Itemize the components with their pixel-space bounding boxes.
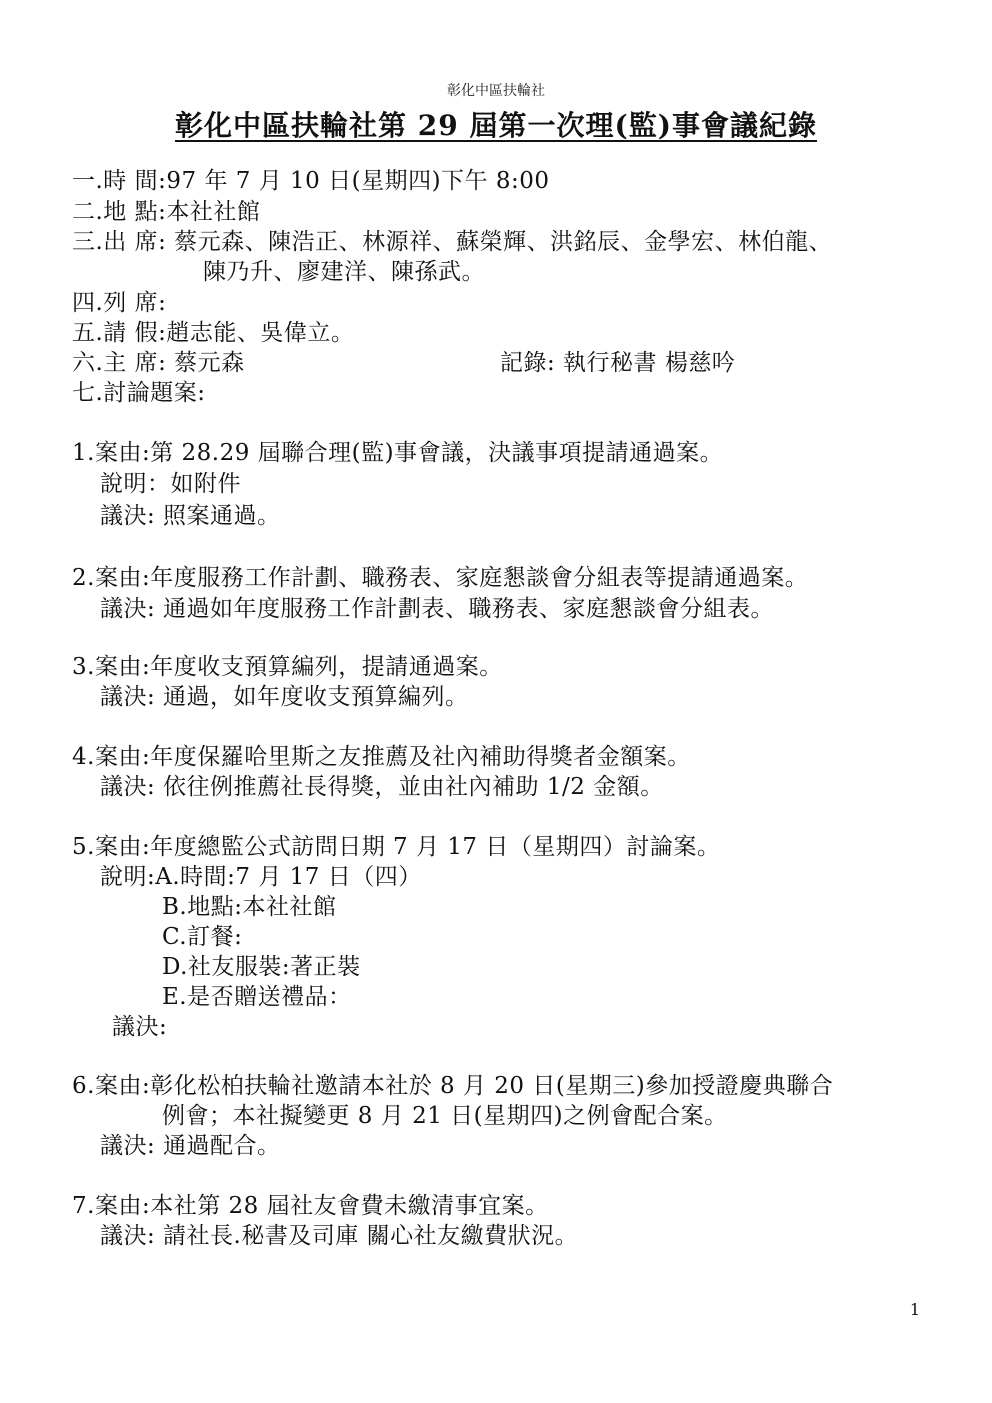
attendees-line-2: 陳乃升、廖建洋、陳孫武。 [203,257,485,287]
proposal-2-resolution: 議決: 通過如年度服務工作計劃表、職務表、家庭懇談會分組表。 [100,594,774,624]
proposal-5-reason: 5.案由:年度總監公式訪問日期 7 月 17 日（星期四）討論案。 [72,832,720,862]
proposal-7-resolution: 議決: 請社長.秘書及司庫 關心社友繳費狀況。 [100,1221,578,1251]
proposal-3-resolution: 議決: 通過，如年度收支預算編列。 [100,682,469,712]
proposal-1-resolution: 議決: 照案通過。 [100,501,281,531]
proposal-4-reason: 4.案由:年度保羅哈里斯之友推薦及社內補助得獎者金額案。 [72,742,691,772]
document-title: 彰化中區扶輪社第 29 屆第一次理(監)事會議紀錄 [0,104,992,144]
observers: 四.列 席: [72,288,166,318]
org-header: 彰化中區扶輪社 [0,80,992,100]
proposal-5-item-e: E.是否贈送禮品： [162,982,352,1012]
proposal-5-resolution: 議決: [112,1012,167,1042]
proposal-1-reason: 1.案由:第 28.29 屆聯合理(監)事會議，決議事項提請通過案。 [72,438,723,468]
proposal-4-resolution: 議決: 依往例推薦社長得獎，並由社內補助 1/2 金額。 [100,772,664,802]
on-leave: 五.請 假:趙志能、吳偉立。 [72,318,354,348]
agenda-heading: 七.討論題案: [72,378,206,408]
proposal-1-explain: 說明：如附件 [100,469,241,499]
document-title-text: 彰化中區扶輪社第 29 屆第一次理(監)事會議紀錄 [175,109,817,142]
proposal-3-reason: 3.案由:年度收支預算編列，提請通過案。 [72,652,503,682]
proposal-5-item-c: C.訂餐: [162,922,242,952]
proposal-6-reason: 6.案由:彰化松柏扶輪社邀請本社於 8 月 20 日(星期三)參加授證慶典聯合 [72,1071,833,1101]
proposal-2-reason: 2.案由:年度服務工作計劃、職務表、家庭懇談會分組表等提請通過案。 [72,563,808,593]
meeting-time: 一.時 間:97 年 7 月 10 日(星期四)下午 8:00 [72,166,550,196]
page-number: 1 [910,1300,920,1319]
proposal-7-reason: 7.案由:本社第 28 屆社友會費未繳清事宜案。 [72,1191,549,1221]
proposal-6-reason-cont: 例會；本社擬變更 8 月 21 日(星期四)之例會配合案。 [162,1101,728,1131]
proposal-5-item-d: D.社友服裝:著正裝 [162,952,361,982]
meeting-place: 二.地 點:本社社館 [72,197,260,227]
recorder: 記錄: 執行秘書 楊慈吟 [500,348,735,378]
proposal-5-item-b: B.地點:本社社館 [162,892,336,922]
proposal-6-resolution: 議決: 通過配合。 [100,1131,281,1161]
chairperson: 六.主 席: 蔡元森 [72,348,245,378]
attendees-line-1: 三.出 席: 蔡元森、陳浩正、林源祥、蘇榮輝、洪銘辰、金學宏、林伯龍、 [72,227,832,257]
proposal-5-explain: 說明:A.時間:7 月 17 日（四） [100,862,422,892]
